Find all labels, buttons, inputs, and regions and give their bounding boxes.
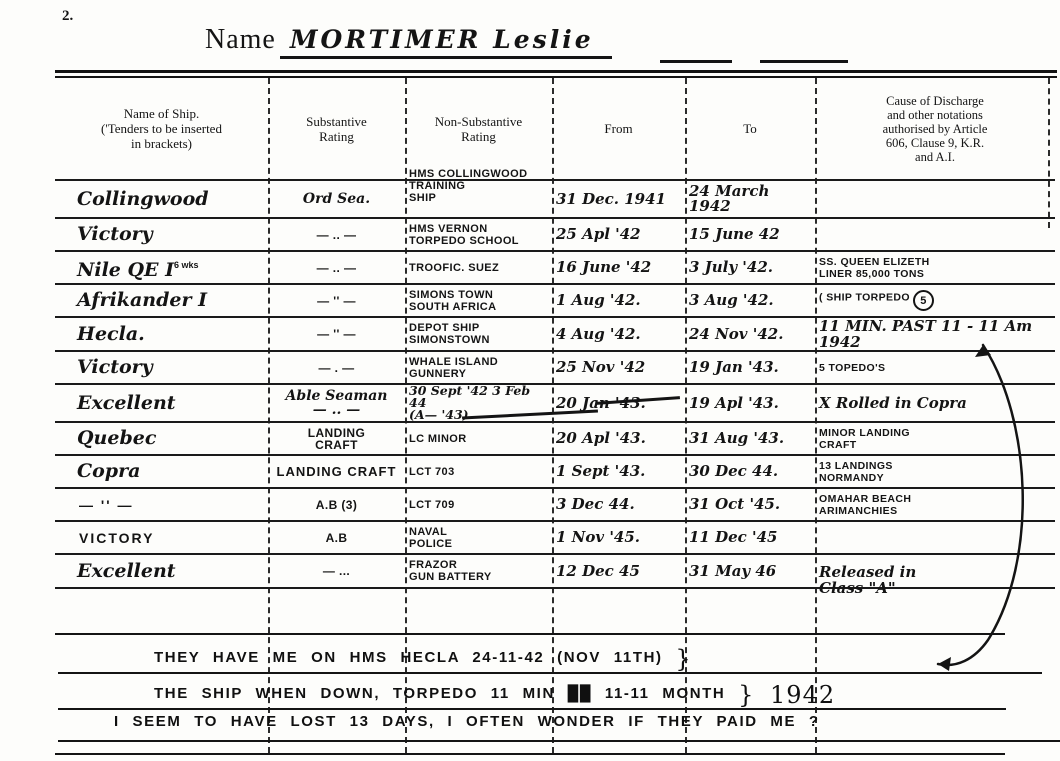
top-rule: [55, 70, 1057, 73]
table-row: CopraLANDING CRAFTLCT 7031 Sept '43.30 D…: [55, 455, 1055, 488]
cell-ship: — '' —: [55, 488, 268, 521]
cell-nonsub: WHALE ISLAND GUNNERY: [405, 351, 552, 384]
cell-to: 11 Dec '45: [685, 521, 815, 554]
cell-rating: Ord Sea.: [268, 180, 405, 218]
table-row: ExcellentAble Seaman — .. —30 Sept '42 3…: [55, 384, 1055, 422]
cell-from: 12 Dec 45: [552, 554, 685, 588]
cell-ship: Copra: [55, 455, 268, 488]
note-brace: } 1942: [738, 681, 835, 709]
name-value: MORTIMER Leslie: [280, 25, 612, 59]
cell-nonsub: HMS COLLINGWOOD TRAINING SHIP: [405, 167, 552, 205]
separator-rule: [55, 633, 1005, 635]
cell-ship: Quebec: [55, 422, 268, 455]
note-text: THE SHIP WHEN DOWN, TORPEDO 11 MIN ██ 11…: [154, 685, 725, 702]
cell-from: 25 Nov '42: [552, 351, 685, 384]
table-row: QuebecLANDING CRAFTLC MINOR20 Apl '43.31…: [55, 422, 1055, 455]
cell-to: 3 Aug '42.: [685, 284, 815, 317]
column-header-1: Substantive Rating: [268, 78, 405, 180]
cell-cause: 13 LANDINGS NORMANDY: [815, 455, 1055, 488]
circled-number: 5: [913, 290, 934, 311]
cell-nonsub: DEPOT SHIP SIMONSTOWN: [405, 317, 552, 351]
table-row: Nile QE I6 wks— .. —TROOFIC. SUEZ16 June…: [55, 251, 1055, 284]
note-text: I SEEM TO HAVE LOST 13 DAYS, I OFTEN WON…: [114, 713, 820, 730]
cell-to: 31 Aug '43.: [685, 422, 815, 455]
note-brace: }: [675, 645, 691, 673]
cell-nonsub: LCT 703: [405, 455, 552, 488]
table-row: Excellent— ...FRAZOR GUN BATTERY12 Dec 4…: [55, 554, 1055, 588]
cell-cause: OMAHAR BEACH ARIMANCHIES: [815, 488, 1055, 521]
cell-rating: — ...: [268, 554, 405, 588]
cell-rating: — .. —: [268, 251, 405, 284]
service-record-page: 2. Name MORTIMER Leslie Name of Ship. ('…: [0, 0, 1060, 761]
cell-rating: LANDING CRAFT: [268, 422, 405, 455]
cell-nonsub: LCT 709: [405, 488, 552, 521]
table-row: Afrikander I— '' —SIMONS TOWN SOUTH AFRI…: [55, 284, 1055, 317]
cell-from: 3 Dec 44.: [552, 488, 685, 521]
cell-from: 31 Dec. 1941: [552, 180, 685, 218]
column-header-3: From: [552, 78, 685, 180]
cell-to: 30 Dec 44.: [685, 455, 815, 488]
cell-from: 1 Aug '42.: [552, 284, 685, 317]
ship-annotation: 6 wks: [174, 260, 199, 270]
table-row: Victory— .. —HMS VERNON TORPEDO SCHOOL25…: [55, 218, 1055, 251]
bottom-rule: [55, 753, 1005, 755]
column-header-4: To: [685, 78, 815, 180]
cell-from: 1 Nov '45.: [552, 521, 685, 554]
cell-to: 19 Apl '43.: [685, 384, 815, 422]
column-header-2: Non-Substantive Rating: [405, 78, 552, 180]
column-header-5: Cause of Discharge and other notations a…: [815, 78, 1055, 180]
cell-nonsub: NAVAL POLICE: [405, 521, 552, 554]
cell-rating: A.B (3): [268, 488, 405, 521]
cell-ship: Victory: [55, 218, 268, 251]
table-row: — '' —A.B (3)LCT 7093 Dec 44.31 Oct '45.…: [55, 488, 1055, 521]
cell-from: 4 Aug '42.: [552, 317, 685, 351]
cell-to: 24 March 1942: [685, 180, 815, 218]
name-line: Name MORTIMER Leslie: [205, 24, 612, 56]
cell-cause: [815, 180, 1055, 218]
handwritten-note: THE SHIP WHEN DOWN, TORPEDO 11 MIN ██ 11…: [58, 681, 1006, 710]
cell-cause: 5 TOPEDO'S: [815, 351, 1055, 384]
cell-rating: Able Seaman — .. —: [268, 384, 405, 422]
handwritten-note: I SEEM TO HAVE LOST 13 DAYS, I OFTEN WON…: [58, 713, 1060, 742]
cell-ship: Excellent: [55, 554, 268, 588]
cell-nonsub: LC MINOR: [405, 422, 552, 455]
page-number: 2.: [62, 8, 73, 25]
cell-rating: — '' —: [268, 284, 405, 317]
name-underline-dash: [760, 60, 848, 63]
cell-ship: Victory: [55, 351, 268, 384]
cell-to: 24 Nov '42.: [685, 317, 815, 351]
cell-nonsub: FRAZOR GUN BATTERY: [405, 554, 552, 588]
table-row: Hecla.— '' —DEPOT SHIP SIMONSTOWN4 Aug '…: [55, 317, 1055, 351]
cell-cause: ( SHIP TORPEDO5: [815, 284, 1055, 317]
handwritten-note: THEY HAVE ME ON HMS HECLA 24-11-42 (NOV …: [58, 645, 1042, 674]
cell-ship: Hecla.: [55, 317, 268, 351]
cell-to: 31 May 46: [685, 554, 815, 588]
column-header-0: Name of Ship. ('Tenders to be inserted i…: [55, 78, 268, 180]
cell-to: 15 June 42: [685, 218, 815, 251]
cell-rating: A.B: [268, 521, 405, 554]
cell-from: 1 Sept '43.: [552, 455, 685, 488]
cell-ship: VICTORY: [55, 521, 268, 554]
cell-ship: Afrikander I: [55, 284, 268, 317]
cell-cause: [815, 521, 1055, 554]
table-row: Victory— . —WHALE ISLAND GUNNERY25 Nov '…: [55, 351, 1055, 384]
cell-rating: LANDING CRAFT: [268, 455, 405, 488]
cell-to: 31 Oct '45.: [685, 488, 815, 521]
cell-cause: SS. QUEEN ELIZETH LINER 85,000 TONS: [815, 251, 1055, 284]
name-label: Name: [205, 24, 276, 55]
cell-cause: Released in Class "A": [815, 563, 1055, 597]
name-underline-dash: [660, 60, 732, 63]
cell-ship: Collingwood: [55, 180, 268, 218]
cell-nonsub: TROOFIC. SUEZ: [405, 251, 552, 284]
cell-cause: X Rolled in Copra: [815, 384, 1055, 422]
cell-rating: — '' —: [268, 317, 405, 351]
cell-from: 20 Apl '43.: [552, 422, 685, 455]
cell-to: 19 Jan '43.: [685, 351, 815, 384]
cell-cause: MINOR LANDING CRAFT: [815, 422, 1055, 455]
cell-nonsub: HMS VERNON TORPEDO SCHOOL: [405, 218, 552, 251]
table-row: CollingwoodOrd Sea.HMS COLLINGWOOD TRAIN…: [55, 180, 1055, 218]
cell-to: 3 July '42.: [685, 251, 815, 284]
cell-ship: Excellent: [55, 384, 268, 422]
cell-cause: 11 MIN. PAST 11 - 11 Am 1942: [815, 317, 1055, 351]
cell-rating: — .. —: [268, 218, 405, 251]
cell-rating: — . —: [268, 351, 405, 384]
cell-from: 16 June '42: [552, 251, 685, 284]
cell-from: 25 Apl '42: [552, 218, 685, 251]
table-row: VICTORYA.BNAVAL POLICE1 Nov '45.11 Dec '…: [55, 521, 1055, 554]
note-text: THEY HAVE ME ON HMS HECLA 24-11-42 (NOV …: [154, 649, 663, 666]
table-header-row: Name of Ship. ('Tenders to be inserted i…: [55, 78, 1055, 180]
cell-ship: Nile QE I6 wks: [55, 251, 268, 284]
service-record-table: Name of Ship. ('Tenders to be inserted i…: [55, 78, 1055, 589]
cell-nonsub: SIMONS TOWN SOUTH AFRICA: [405, 284, 552, 317]
cell-cause: [815, 218, 1055, 251]
